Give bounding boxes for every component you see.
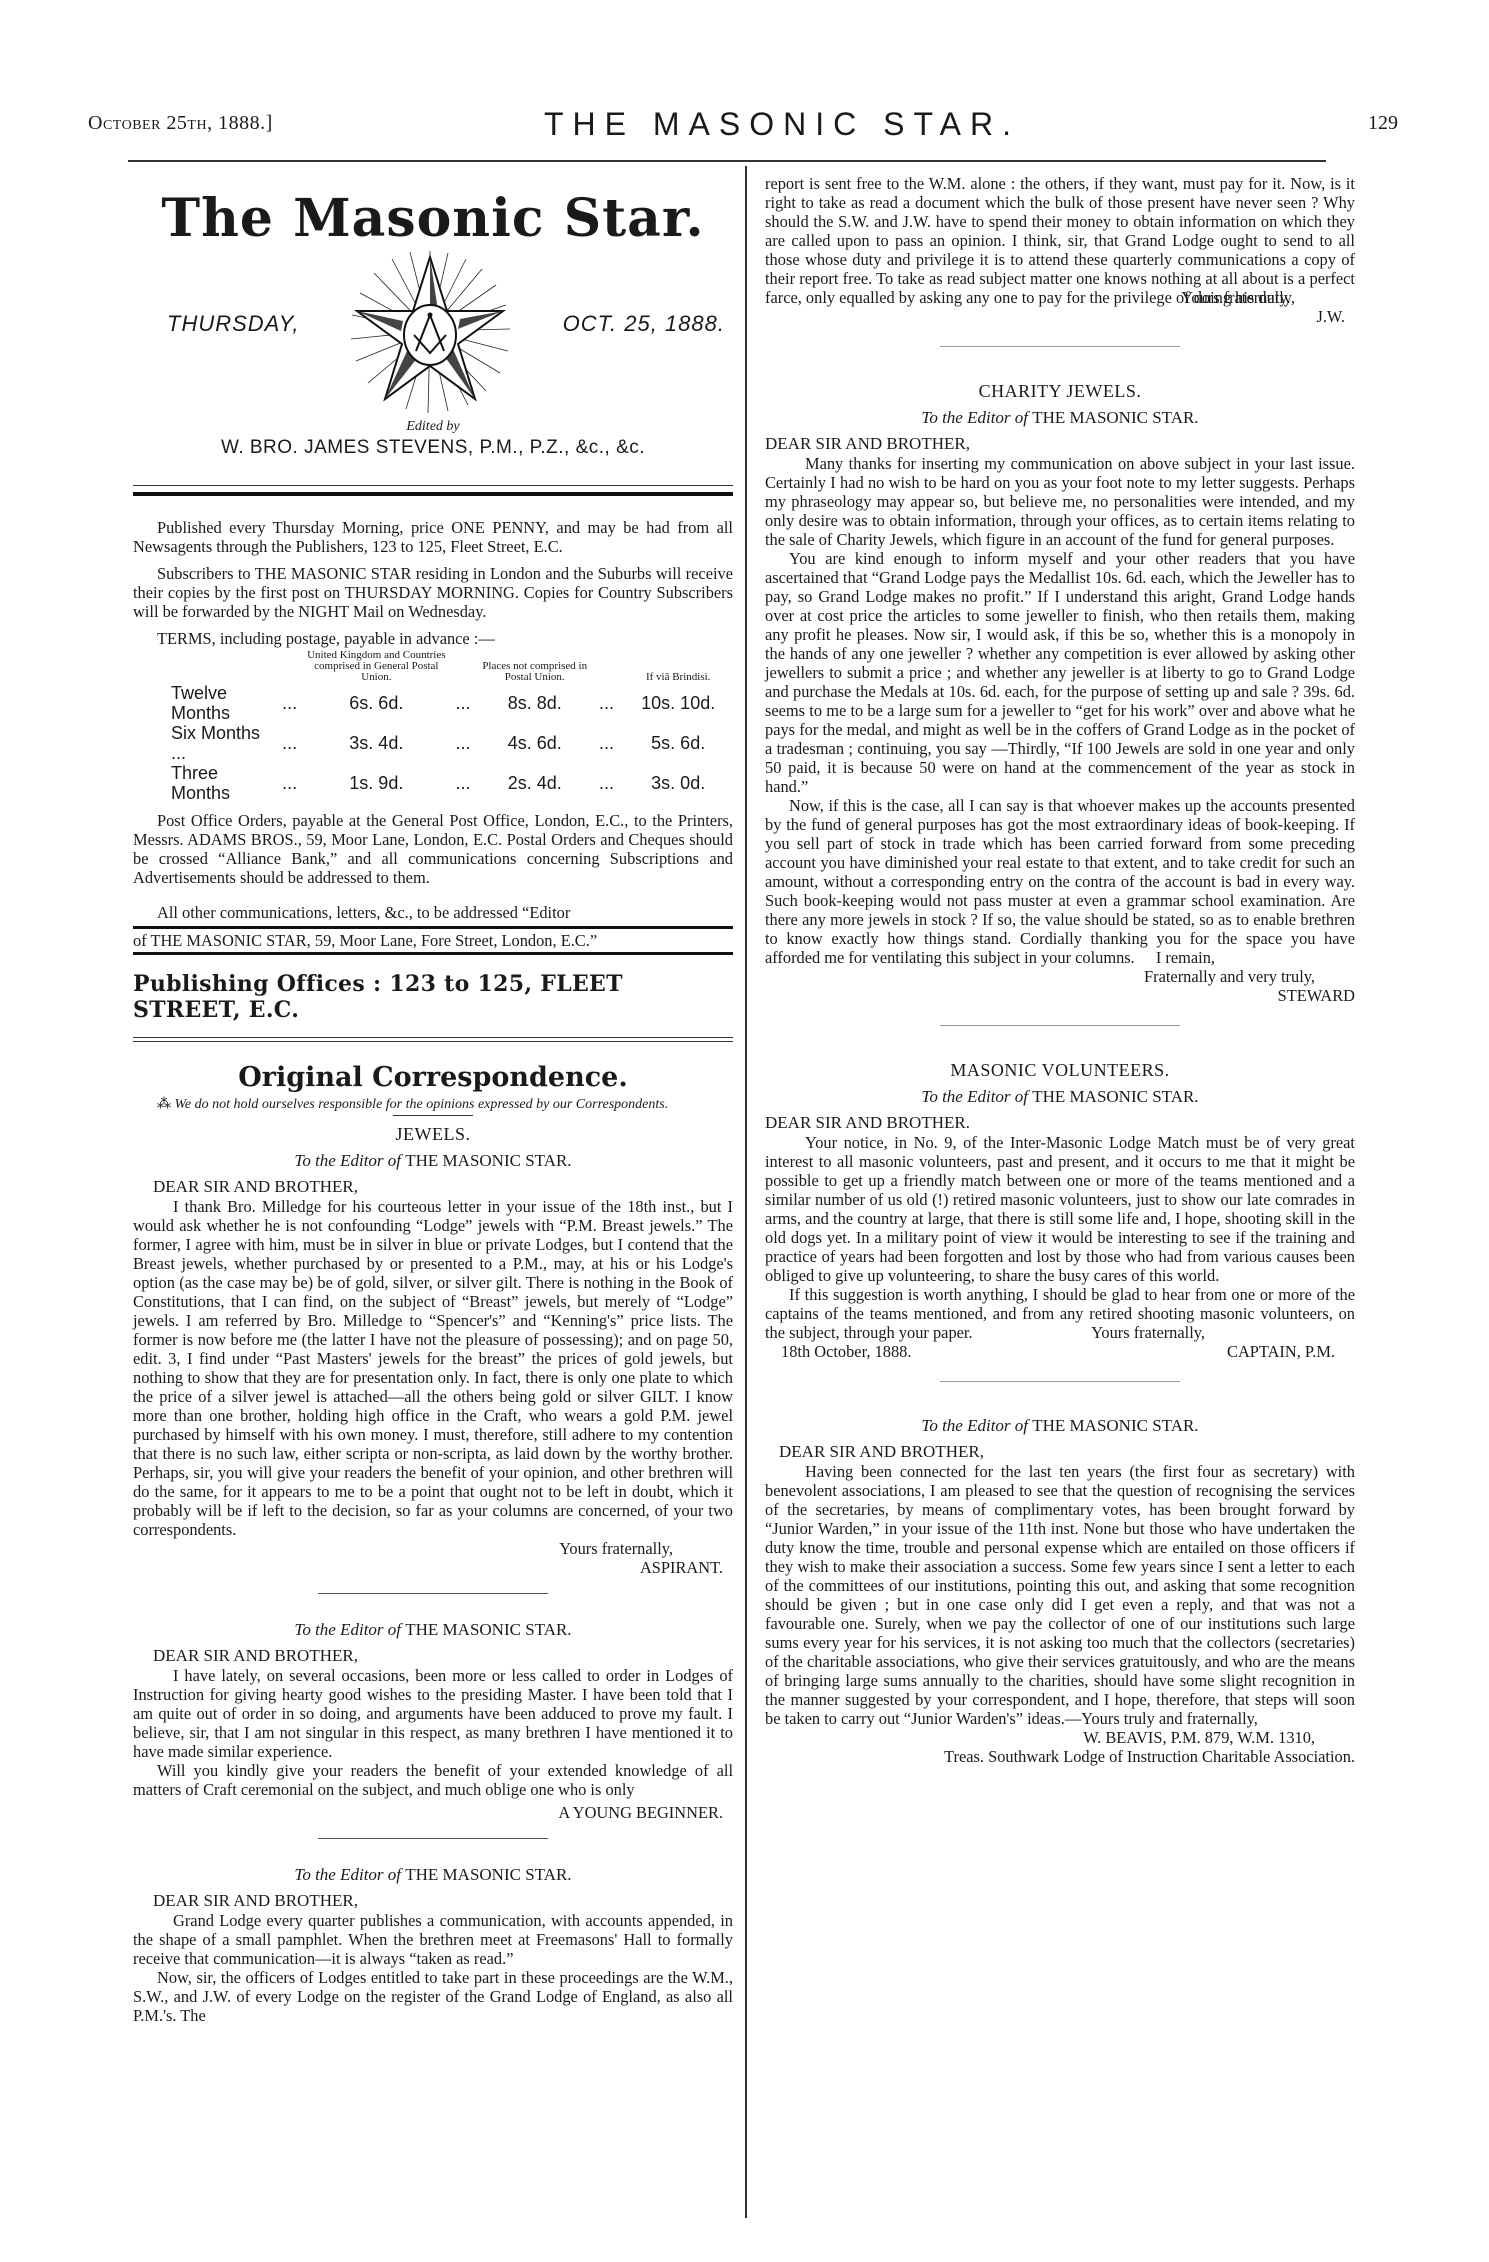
letter-paragraph: You are kind enough to inform myself and… <box>765 549 1355 796</box>
notice-subscribers: Subscribers to THE MASONIC STAR residing… <box>133 564 733 621</box>
letter-jw-part1: To the Editor of THE MASONIC STAR. DEAR … <box>133 1865 733 2025</box>
divider <box>318 1593 548 1594</box>
letter-paragraph: I have lately, on several occasions, bee… <box>133 1666 733 1761</box>
terms-not-union: 2s. 4d. <box>480 763 590 803</box>
letter-paragraph: Will you kindly give your readers the be… <box>133 1761 733 1799</box>
divider <box>940 1025 1180 1026</box>
terms-uk: 1s. 9d. <box>307 763 446 803</box>
masthead-day: THURSDAY, <box>167 311 299 337</box>
divider <box>940 1381 1180 1382</box>
subscription-terms-table: United Kingdom and Countries comprised i… <box>133 650 733 803</box>
terms-header-period <box>133 650 273 683</box>
to-editor: To the Editor of THE MASONIC STAR. <box>133 1151 733 1171</box>
divider <box>940 346 1180 347</box>
divider <box>318 1838 548 1839</box>
to-editor-label: To the Editor of <box>294 1620 401 1639</box>
terms-uk: 6s. 6d. <box>307 683 446 723</box>
letter-title: CHARITY JEWELS. <box>765 381 1355 402</box>
to-editor-paper: THE MASONIC STAR. <box>405 1151 571 1170</box>
terms-period: Three Months <box>133 763 273 803</box>
to-editor-paper: THE MASONIC STAR. <box>1032 408 1198 427</box>
terms-header-uk: United Kingdom and Countries comprised i… <box>307 650 446 683</box>
to-editor-paper: THE MASONIC STAR. <box>1032 1087 1198 1106</box>
letter-paragraph: Your notice, in No. 9, of the Inter-Maso… <box>765 1133 1355 1285</box>
section-rule <box>133 1037 733 1042</box>
table-row: Three Months ... 1s. 9d. ... 2s. 4d. ...… <box>133 763 733 803</box>
letter-paragraph: Now, if this is the case, all I can say … <box>765 796 1355 967</box>
terms-uk: 3s. 4d. <box>307 723 446 763</box>
notice-editor-address: of THE MASONIC STAR, 59, Moor Lane, Fore… <box>133 931 733 950</box>
notice-post-office: Post Office Orders, payable at the Gener… <box>133 811 733 887</box>
to-editor-label: To the Editor of <box>294 1865 401 1884</box>
terms-header-not-union: Places not comprised in Postal Union. <box>480 650 590 683</box>
column-divider <box>745 166 747 2218</box>
leader-dots: ... <box>446 683 480 723</box>
to-editor: To the Editor of THE MASONIC STAR. <box>765 1416 1355 1436</box>
leader-dots: ... <box>446 723 480 763</box>
terms-brindisi: 5s. 6d. <box>623 723 733 763</box>
masthead-date: OCT. 25, 1888. <box>563 311 725 337</box>
masthead-row: THURSDAY, <box>133 249 733 417</box>
letter-paragraph: Many thanks for inserting my communicati… <box>765 454 1355 549</box>
running-head: October 25th, 1888.] THE MASONIC STAR. 1… <box>88 112 1398 152</box>
letter-paragraph: Having been connected for the last ten y… <box>765 1462 1355 1728</box>
salutation: DEAR SIR AND BROTHER, <box>153 1646 733 1666</box>
publishing-offices: Publishing Offices : 123 to 125, FLEET S… <box>133 971 733 1023</box>
to-editor: To the Editor of THE MASONIC STAR. <box>765 1087 1355 1107</box>
salutation: DEAR SIR AND BROTHER. <box>765 1113 1355 1133</box>
letter-signature: CAPTAIN, P.M. <box>1227 1342 1355 1361</box>
left-column: The Masonic Star. THURSDAY, <box>133 170 733 2025</box>
letter-signature: ASPIRANT. <box>133 1558 733 1577</box>
disclaimer: ⁂ We do not hold ourselves responsible f… <box>133 1097 733 1113</box>
to-editor-label: To the Editor of <box>921 1087 1028 1106</box>
letter-beavis: To the Editor of THE MASONIC STAR. DEAR … <box>765 1416 1355 1766</box>
letter-masonic-volunteers: MASONIC VOLUNTEERS. To the Editor of THE… <box>765 1060 1355 1361</box>
to-editor-label: To the Editor of <box>921 1416 1028 1435</box>
edited-by-label: Edited by <box>133 419 733 435</box>
letter-young-beginner: To the Editor of THE MASONIC STAR. DEAR … <box>133 1620 733 1822</box>
to-editor: To the Editor of THE MASONIC STAR. <box>765 408 1355 428</box>
letter-closing: Fraternally and very truly, <box>765 967 1355 986</box>
masonic-star-emblem-icon <box>348 249 513 414</box>
letter-signature: A YOUNG BEGINNER. <box>133 1803 733 1822</box>
terms-not-union: 8s. 8d. <box>480 683 590 723</box>
to-editor-paper: THE MASONIC STAR. <box>405 1865 571 1884</box>
notice-editor-address-box: of THE MASONIC STAR, 59, Moor Lane, Fore… <box>133 926 733 955</box>
to-editor: To the Editor of THE MASONIC STAR. <box>133 1865 733 1885</box>
terms-intro: TERMS, including postage, payable in adv… <box>133 629 733 648</box>
editor-name: W. BRO. JAMES STEVENS, P.M., P.Z., &c., … <box>133 437 733 459</box>
letter-date: 18th October, 1888. <box>765 1342 911 1361</box>
to-editor-paper: THE MASONIC STAR. <box>405 1620 571 1639</box>
letter-closing: Yours fraternally, <box>133 1539 733 1558</box>
letter-charity-jewels: CHARITY JEWELS. To the Editor of THE MAS… <box>765 381 1355 1005</box>
divider <box>393 1115 473 1116</box>
issue-date: October 25th, 1888.] <box>88 112 273 135</box>
terms-header-brindisi: If viâ Brindisi. <box>623 650 733 683</box>
letter-title: MASONIC VOLUNTEERS. <box>765 1060 1355 1081</box>
letter-signature-affiliation: Treas. Southwark Lodge of Instruction Ch… <box>765 1747 1355 1766</box>
letter-signature: STEWARD <box>765 986 1355 1005</box>
leader-dots: ... <box>446 763 480 803</box>
to-editor: To the Editor of THE MASONIC STAR. <box>133 1620 733 1640</box>
notice-published: Published every Thursday Morning, price … <box>133 518 733 556</box>
letter-paragraph: I thank Bro. Milledge for his courteous … <box>133 1197 733 1539</box>
to-editor-label: To the Editor of <box>921 408 1028 427</box>
terms-period: Six Months ... <box>133 723 273 763</box>
letter-signature: W. BEAVIS, P.M. 879, W.M. 1310, <box>765 1728 1355 1747</box>
table-row: Twelve Months ... 6s. 6d. ... 8s. 8d. ..… <box>133 683 733 723</box>
page-number: 129 <box>1368 112 1398 135</box>
terms-brindisi: 3s. 0d. <box>623 763 733 803</box>
salutation: DEAR SIR AND BROTHER, <box>153 1891 733 1911</box>
leader-dots: ... <box>590 683 624 723</box>
right-column: report is sent free to the W.M. alone : … <box>765 174 1355 1766</box>
letter-jewels: JEWELS. To the Editor of THE MASONIC STA… <box>133 1124 733 1577</box>
letter-date-signature: 18th October, 1888. CAPTAIN, P.M. <box>765 1342 1355 1361</box>
to-editor-label: To the Editor of <box>294 1151 401 1170</box>
notice-other-comms: All other communications, letters, &c., … <box>133 903 733 922</box>
leader-dots: ... <box>273 763 307 803</box>
salutation: DEAR SIR AND BROTHER, <box>153 1177 733 1197</box>
terms-period: Twelve Months <box>133 683 273 723</box>
header-rule <box>128 160 1326 162</box>
masthead-rule <box>133 485 733 496</box>
leader-dots: ... <box>273 723 307 763</box>
terms-brindisi: 10s. 10d. <box>623 683 733 723</box>
section-heading: Original Correspondence. <box>133 1062 733 1093</box>
salutation: DEAR SIR AND BROTHER, <box>765 434 1355 454</box>
letter-jw-part2: report is sent free to the W.M. alone : … <box>765 174 1355 326</box>
table-row: Six Months ... ... 3s. 4d. ... 4s. 6d. .… <box>133 723 733 763</box>
masthead-title: The Masonic Star. <box>133 188 733 249</box>
to-editor-paper: THE MASONIC STAR. <box>1032 1416 1198 1435</box>
letter-paragraph: Grand Lodge every quarter publishes a co… <box>133 1911 733 1968</box>
leader-dots: ... <box>273 683 307 723</box>
letter-title: JEWELS. <box>133 1124 733 1145</box>
newspaper-page: October 25th, 1888.] THE MASONIC STAR. 1… <box>0 0 1489 2262</box>
leader-dots: ... <box>590 723 624 763</box>
leader-dots: ... <box>590 763 624 803</box>
letter-paragraph: Now, sir, the officers of Lodges entitle… <box>133 1968 733 2025</box>
letter-signature: J.W. <box>765 307 1355 326</box>
salutation: DEAR SIR AND BROTHER, <box>779 1442 1355 1462</box>
terms-not-union: 4s. 6d. <box>480 723 590 763</box>
paper-title: THE MASONIC STAR. <box>544 106 1020 143</box>
